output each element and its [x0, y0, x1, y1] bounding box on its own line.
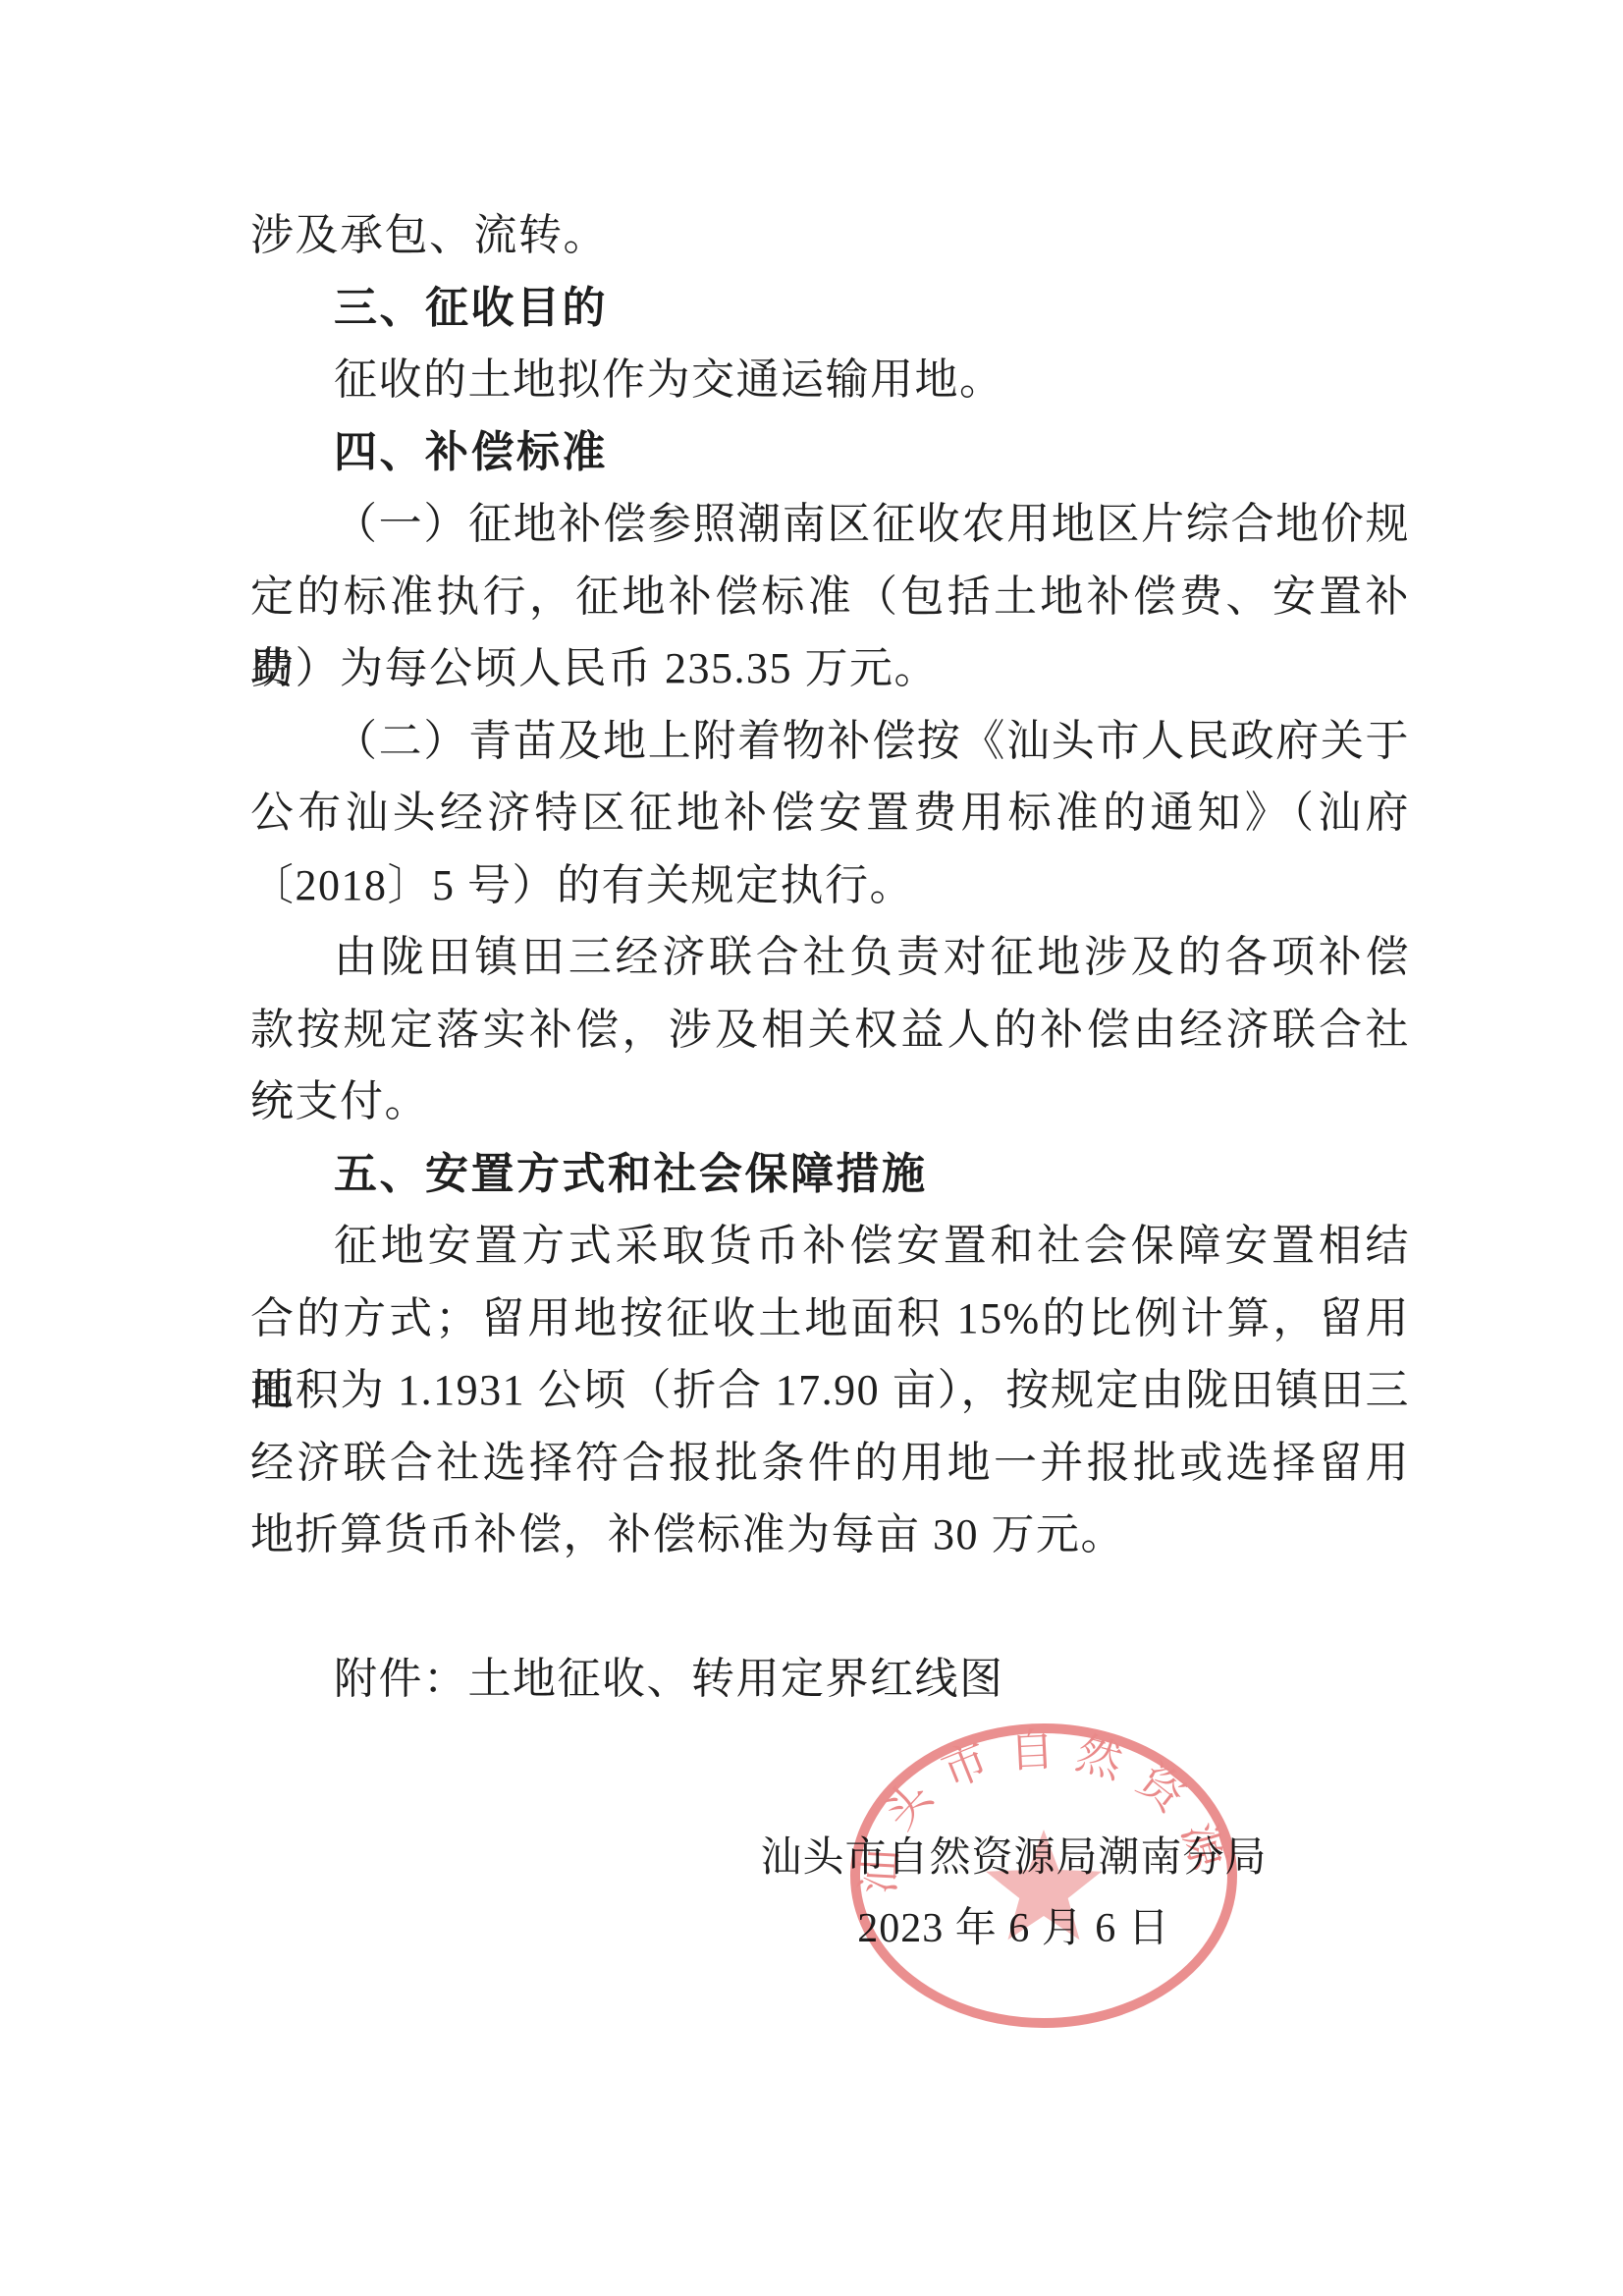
attachment-line: 附件：土地征收、转用定界红线图	[250, 1643, 1410, 1716]
section-heading: 四、补偿标准	[250, 416, 1410, 489]
text-line: 〔2018〕5 号）的有关规定执行。	[250, 849, 1410, 922]
text-line: 合的方式；留用地按征收土地面积 15%的比例计算，留用地	[250, 1283, 1410, 1355]
section-heading: 五、安置方式和社会保障措施	[250, 1138, 1410, 1211]
text-line: 由陇田镇田三经济联合社负责对征地涉及的各项补偿	[250, 921, 1410, 994]
text-line: 公布汕头经济特区征地补偿安置费用标准的通知》（汕府	[250, 777, 1410, 849]
text-line: （二）青苗及地上附着物补偿按《汕头市人民政府关于	[250, 705, 1410, 778]
text-line: （一）征地补偿参照潮南区征收农用地区片综合地价规	[250, 488, 1410, 561]
text-line: 征收的土地拟作为交通运输用地。	[250, 344, 1410, 416]
text-line: 征地安置方式采取货币补偿安置和社会保障安置相结	[250, 1210, 1410, 1283]
document-page: 涉及承包、流转。 三、征收目的 征收的土地拟作为交通运输用地。 四、补偿标准 （…	[0, 0, 1623, 2296]
text-line: 地折算货币补偿，补偿标准为每亩 30 万元。	[250, 1499, 1410, 1571]
text-line: 费）为每公顷人民币 235.35 万元。	[250, 632, 1410, 705]
text-line: 定的标准执行，征地补偿标准（包括土地补偿费、安置补助	[250, 561, 1410, 633]
text-line: 经济联合社选择符合报批条件的用地一并报批或选择留用	[250, 1427, 1410, 1500]
text-line: 一支付。	[250, 1066, 1410, 1138]
text-line: 款按规定落实补偿，涉及相关权益人的补偿由经济联合社统	[250, 994, 1410, 1066]
document-body: 涉及承包、流转。 三、征收目的 征收的土地拟作为交通运输用地。 四、补偿标准 （…	[250, 199, 1410, 1716]
star-icon	[986, 1830, 1102, 1940]
official-seal: 汕头市自然资源局潮南分局	[847, 1722, 1240, 2034]
text-line: 涉及承包、流转。	[250, 199, 1410, 272]
text-line: 面积为 1.1931 公顷（折合 17.90 亩），按规定由陇田镇田三	[250, 1354, 1410, 1427]
section-heading: 三、征收目的	[250, 272, 1410, 345]
